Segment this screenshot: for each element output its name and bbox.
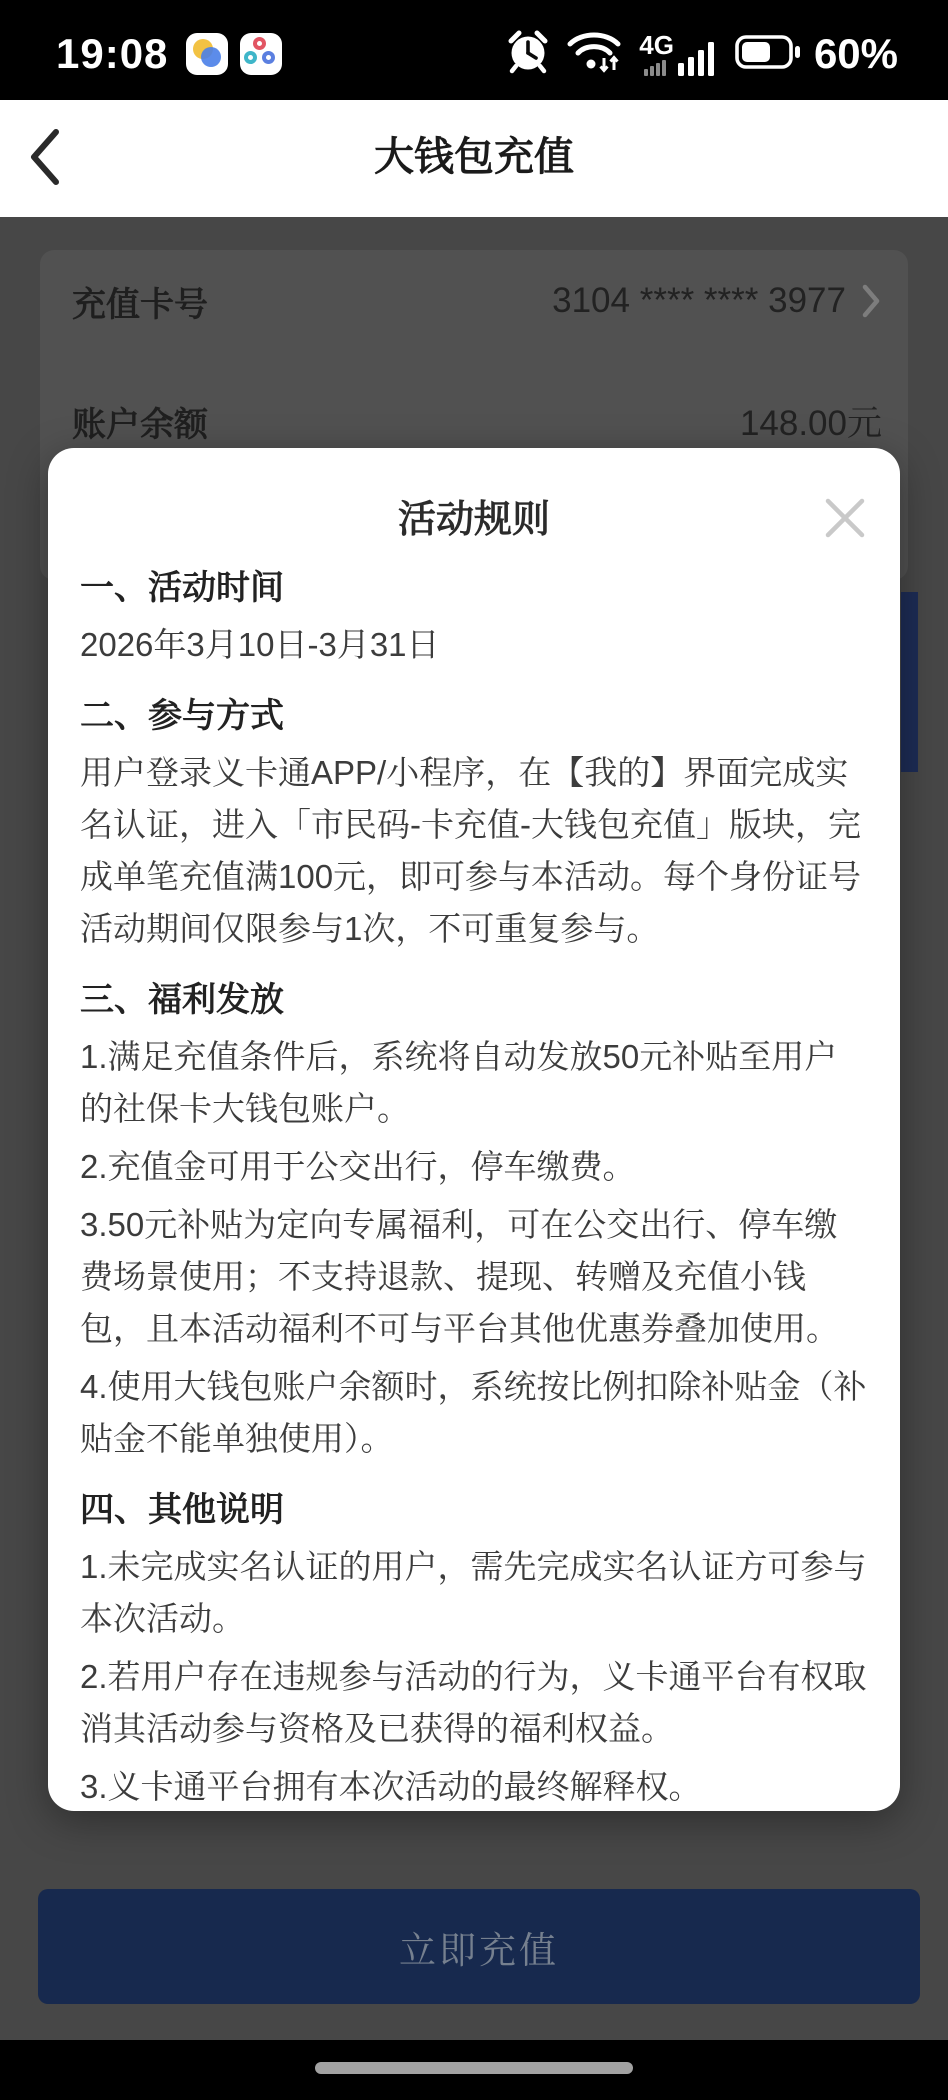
notification-app-icon — [186, 33, 228, 75]
rule-paragraph: 2.若用户存在违规参与活动的行为，义卡通平台有权取消其活动参与资格及已获得的福利… — [80, 1651, 868, 1755]
rule-section-heading: 二、参与方式 — [80, 691, 868, 741]
rule-paragraph: 1.未完成实名认证的用户，需先完成实名认证方可参与本次活动。 — [80, 1541, 868, 1645]
rule-section-heading: 三、福利发放 — [80, 975, 868, 1025]
rule-paragraph: 4.使用大钱包账户余额时，系统按比例扣除补贴金（补贴金不能单独使用）。 — [80, 1361, 868, 1465]
back-chevron-icon — [26, 124, 66, 190]
notification-app-icon — [240, 33, 282, 75]
signal-icon: 4G — [639, 32, 720, 76]
rule-paragraph: 用户登录义卡通APP/小程序，在【我的】界面完成实名认证，进入「市民码-卡充值-… — [80, 747, 868, 955]
nav-bar: 大钱包充值 — [0, 100, 948, 217]
status-bar-right: 4G 60% — [505, 28, 898, 81]
alarm-icon — [505, 29, 551, 80]
home-indicator[interactable] — [315, 2062, 633, 2074]
status-bar-left: 19:08 — [56, 30, 282, 78]
activity-rules-modal: 活动规则 一、活动时间 2026年3月10日-3月31日 二、参与方式 用户登录… — [48, 448, 900, 1811]
background-banner-edge — [901, 592, 918, 772]
rule-section-heading: 一、活动时间 — [80, 563, 868, 613]
card-number-value: 3104 **** **** 3977 — [552, 281, 882, 321]
page-title: 大钱包充值 — [0, 100, 948, 214]
back-button[interactable] — [18, 122, 74, 194]
card-number-label: 充值卡号 — [72, 277, 208, 326]
network-type-label: 4G — [639, 32, 674, 58]
close-button[interactable] — [818, 492, 872, 546]
battery-percent-label: 60% — [814, 30, 898, 78]
rule-section-heading: 四、其他说明 — [80, 1485, 868, 1535]
rule-paragraph: 3.50元补贴为定向专属福利，可在公交出行、停车缴费场景使用；不支持退款、提现、… — [80, 1199, 868, 1355]
recharge-now-button[interactable]: 立即充值 — [38, 1889, 920, 2004]
battery-icon — [735, 33, 803, 76]
chevron-right-icon — [860, 282, 882, 320]
rule-paragraph: 2026年3月10日-3月31日 — [80, 619, 868, 671]
account-balance-row: 账户余额 148.00元 — [72, 386, 882, 456]
balance-value: 148.00元 — [740, 396, 882, 446]
status-time: 19:08 — [56, 30, 168, 78]
modal-title: 活动规则 — [80, 448, 868, 543]
status-bar: 19:08 4G — [0, 0, 948, 100]
system-navigation-bar — [0, 2040, 948, 2100]
balance-label: 账户余额 — [72, 397, 208, 446]
rule-paragraph: 3.义卡通平台拥有本次活动的最终解释权。 — [80, 1761, 868, 1811]
rule-paragraph: 1.满足充值条件后，系统将自动发放50元补贴至用户的社保卡大钱包账户。 — [80, 1031, 868, 1135]
close-icon — [822, 495, 868, 541]
recharge-card-number-row[interactable]: 充值卡号 3104 **** **** 3977 — [72, 266, 882, 336]
rule-paragraph: 2.充值金可用于公交出行，停车缴费。 — [80, 1141, 868, 1193]
wifi-icon — [566, 28, 624, 81]
